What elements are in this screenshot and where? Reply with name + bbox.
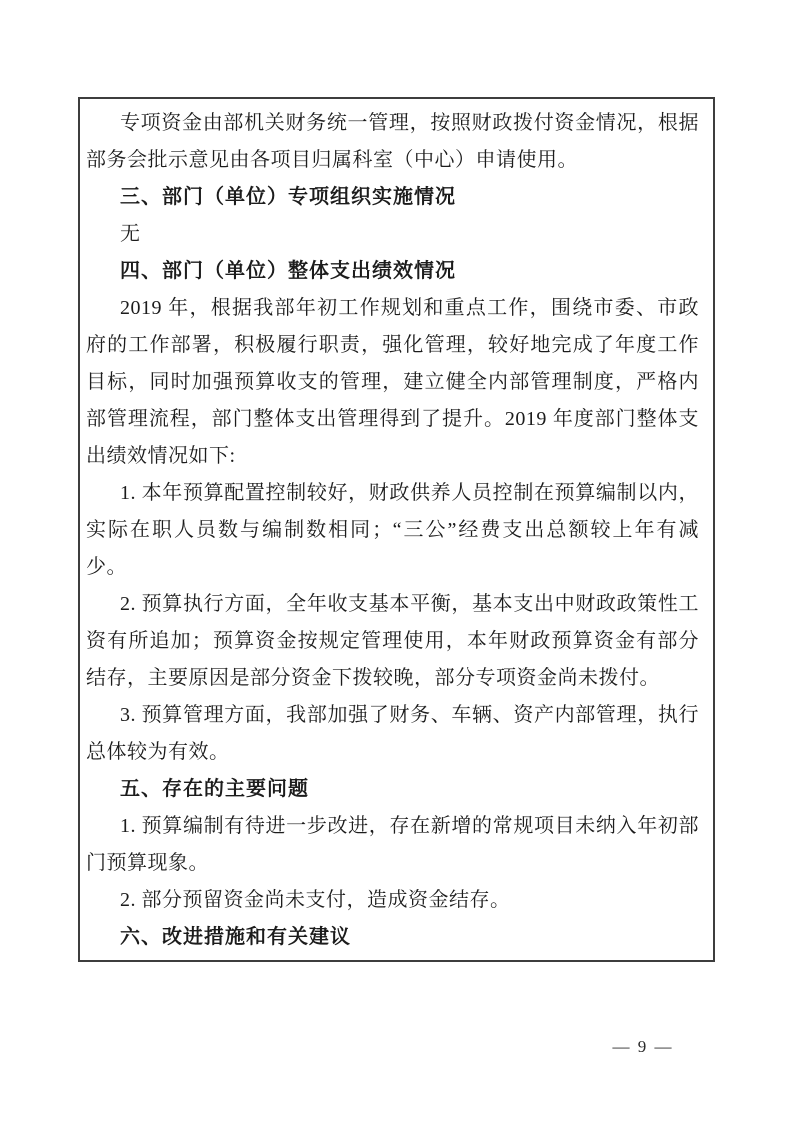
- section-heading: 五、存在的主要问题: [86, 771, 699, 808]
- document-page: 专项资金由部机关财务统一管理，按照财政拨付资金情况，根据部务会批示意见由各项目归…: [0, 0, 793, 1122]
- content-border-box: 专项资金由部机关财务统一管理，按照财政拨付资金情况，根据部务会批示意见由各项目归…: [78, 97, 715, 962]
- page-number: — 9 —: [573, 1036, 713, 1058]
- section-heading: 六、改进措施和有关建议: [86, 919, 699, 956]
- body-paragraph: 2019 年，根据我部年初工作规划和重点工作，围绕市委、市政府的工作部署，积极履…: [86, 290, 699, 475]
- section-heading: 四、部门（单位）整体支出绩效情况: [86, 253, 699, 290]
- body-paragraph: 无: [86, 216, 699, 253]
- body-paragraph: 1. 本年预算配置控制较好，财政供养人员控制在预算编制以内，实际在职人员数与编制…: [86, 475, 699, 586]
- body-paragraph: 2. 预算执行方面，全年收支基本平衡，基本支出中财政政策性工资有所追加；预算资金…: [86, 586, 699, 697]
- section-heading: 三、部门（单位）专项组织实施情况: [86, 179, 699, 216]
- body-paragraph: 3. 预算管理方面，我部加强了财务、车辆、资产内部管理，执行总体较为有效。: [86, 697, 699, 771]
- body-paragraph: 专项资金由部机关财务统一管理，按照财政拨付资金情况，根据部务会批示意见由各项目归…: [86, 105, 699, 179]
- body-paragraph: 1. 预算编制有待进一步改进，存在新增的常规项目未纳入年初部门预算现象。: [86, 808, 699, 882]
- body-paragraph: 2. 部分预留资金尚未支付，造成资金结存。: [86, 882, 699, 919]
- body-paragraph: 1. 进一步争取重视、支持，将一些新的常规项目纳入部门年度预算。: [86, 956, 699, 962]
